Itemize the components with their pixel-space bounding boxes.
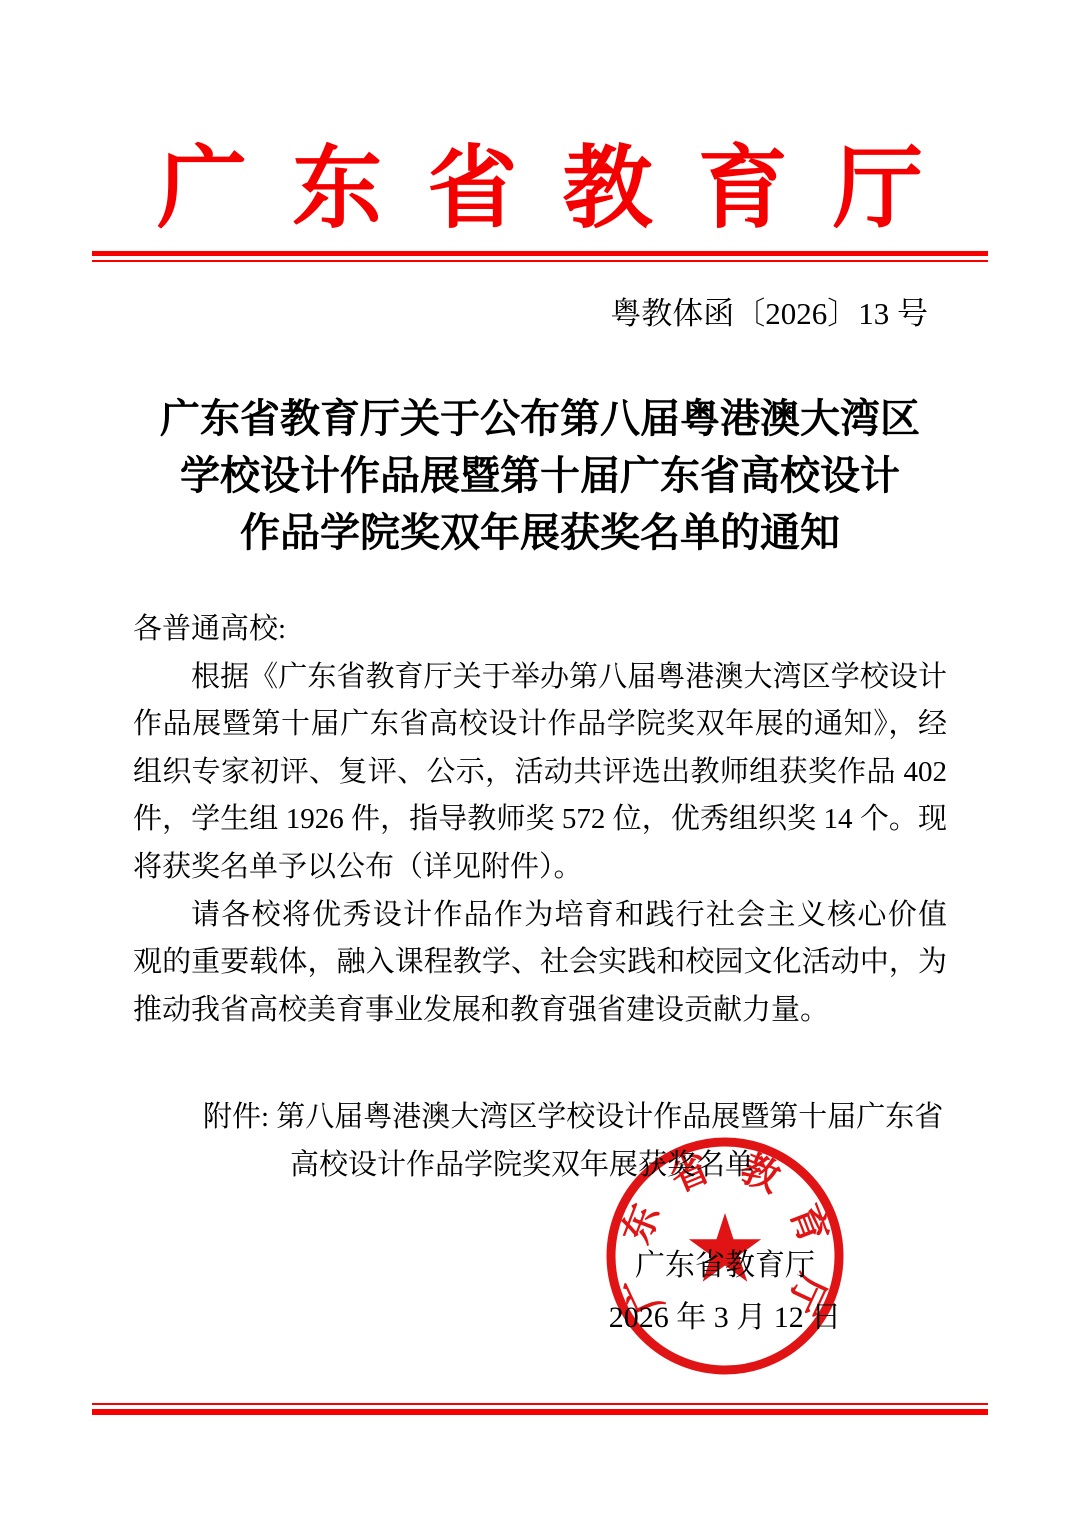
letterhead-char: 厅 xyxy=(833,140,923,240)
letterhead-agency-name: 广 东 省 教 育 厅 xyxy=(157,138,923,242)
body-line: 推动我省高校美育事业发展和教育强省建设贡献力量。 xyxy=(133,987,947,1035)
document-body: 各普通高校: 根据《广东省教育厅关于举办第八届粤港澳大湾区学校设计 作品展暨第十… xyxy=(133,606,947,1034)
letterhead-char: 教 xyxy=(563,140,653,240)
document-title-line: 学校设计作品展暨第十届广东省高校设计 xyxy=(92,447,988,504)
letterhead-char: 育 xyxy=(698,140,788,240)
letterhead-rule-thick xyxy=(92,251,988,256)
letterhead-char: 广 xyxy=(157,140,247,240)
body-line: 根据《广东省教育厅关于举办第八届粤港澳大湾区学校设计 xyxy=(133,654,947,702)
body-line: 作品展暨第十届广东省高校设计作品学院奖双年展的通知》，经 xyxy=(133,701,947,749)
document-title-line: 作品学院奖双年展获奖名单的通知 xyxy=(92,504,988,561)
body-line: 请各校将优秀设计作品作为培育和践行社会主义核心价值 xyxy=(133,892,947,940)
footer-rule-thin xyxy=(92,1403,988,1405)
document-title-line: 广东省教育厅关于公布第八届粤港澳大湾区 xyxy=(92,390,988,447)
document-title: 广东省教育厅关于公布第八届粤港澳大湾区 学校设计作品展暨第十届广东省高校设计 作… xyxy=(92,390,988,561)
footer-rule-thick xyxy=(92,1409,988,1415)
official-document-page: 广 东 省 教 育 厅 粤教体函〔2026〕13 号 广东省教育厅关于公布第八届… xyxy=(0,0,1080,1527)
letterhead-char: 东 xyxy=(292,140,382,240)
seal-star-icon xyxy=(689,1213,761,1282)
body-line: 件，学生组 1926 件，指导教师奖 572 位，优秀组织奖 14 个。现 xyxy=(133,796,947,844)
official-seal: 广 东 省 教 育 厅 xyxy=(597,1128,853,1384)
body-line: 组织专家初评、复评、公示，活动共评选出教师组获奖作品 402 xyxy=(133,749,947,797)
body-line: 将获奖名单予以公布（详见附件）。 xyxy=(133,844,947,892)
document-number: 粤教体函〔2026〕13 号 xyxy=(610,294,928,334)
letterhead-char: 省 xyxy=(427,140,517,240)
letterhead-rule-thin xyxy=(92,260,988,262)
body-line: 观的重要载体，融入课程教学、社会实践和校园文化活动中，为 xyxy=(133,939,947,987)
salutation: 各普通高校: xyxy=(133,606,947,654)
